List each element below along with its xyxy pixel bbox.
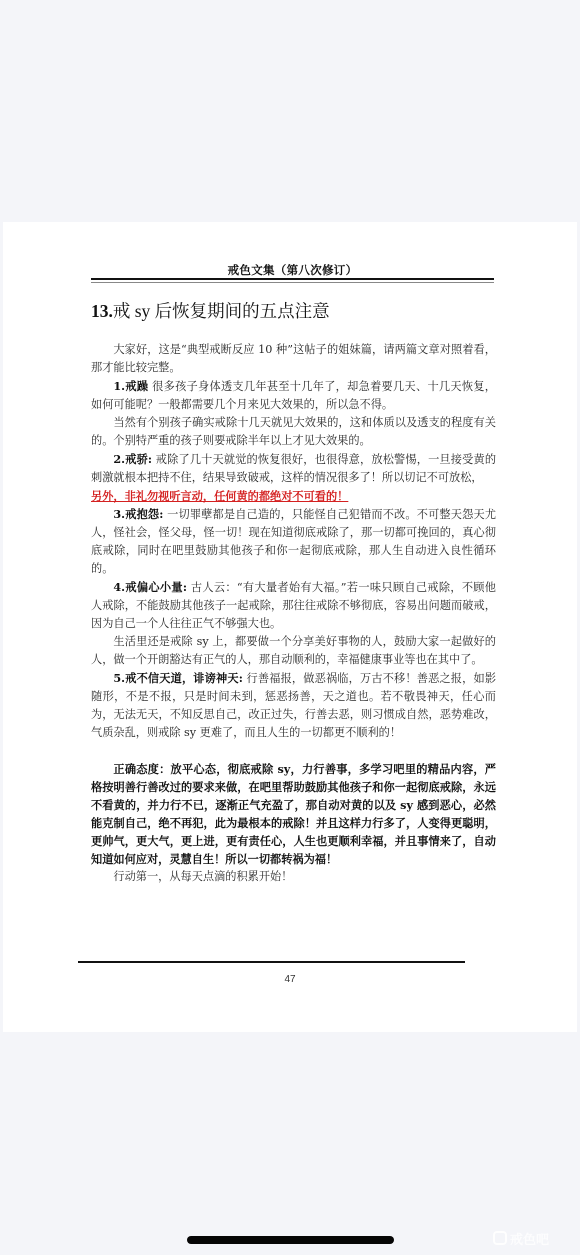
paragraph-point-3: 3.戒抱怨: 一切罪孽都是自己造的，只能怪自己犯错而不改。不可整天怨天尤人，怪社… <box>91 505 496 578</box>
page-number: 47 <box>0 974 580 985</box>
point-heading: 2.戒骄: <box>113 452 152 466</box>
point-heading: 5.戒不信天道，诽谤神天: <box>113 671 242 685</box>
watermark-logo-icon <box>493 1231 507 1245</box>
paragraph-point-4: 4.戒偏心小量: 古人云：“有大量者始有大福。”若一味只顾自己戒除，不顾他人戒除… <box>91 578 496 633</box>
watermark: 戒色吧 <box>493 1228 549 1248</box>
point-heading: 3.戒抱怨: <box>113 507 163 521</box>
paragraph-point-1: 1.戒躁 很多孩子身体透支几年甚至十几年了，却急着要几天、十几天恢复，如何可能呢… <box>91 377 496 414</box>
footer-rule <box>78 961 465 963</box>
paragraph-point-2: 2.戒骄: 戒除了几十天就觉的恢复很好，也很得意，放松警惕，一旦接受黄的刺激就根… <box>91 450 496 487</box>
point-heading: 1.戒躁 <box>113 379 148 393</box>
body-text: 大家好，这是“典型戒断反应 10 种”这帖子的姐妹篇，请两篇文章对照着看，那才能… <box>91 340 496 886</box>
conclusion-bold: 正确态度：放平心态，彻底戒除 sy，力行善事，多学习吧里的精品内容，严格按明善行… <box>91 760 496 868</box>
watermark-text: 戒色吧 <box>510 1229 549 1248</box>
closing-line: 行动第一，从每天点滴的积累开始！ <box>91 868 496 886</box>
point-heading: 4.戒偏心小量: <box>113 580 187 594</box>
paragraph-point-4-note: 生活里还是戒除 sy 上，都要做一个分享美好事物的人，鼓励大家一起做好的人，做一… <box>91 633 496 669</box>
chapter-title: 13.戒 sy 后恢复期间的五点注意 <box>91 298 330 323</box>
red-warning-note: 另外，非礼勿视听言动，任何黄的都绝对不可看的！ <box>91 487 496 505</box>
chapter-title-text: 戒 sy 后恢复期间的五点注意 <box>113 301 330 321</box>
running-head: 戒色文集（第八次修订） <box>91 262 494 278</box>
header-rule-thin <box>91 282 494 283</box>
paragraph-intro: 大家好，这是“典型戒断反应 10 种”这帖子的姐妹篇，请两篇文章对照着看，那才能… <box>91 340 496 377</box>
document-page: 戒色文集（第八次修订） 13.戒 sy 后恢复期间的五点注意 大家好，这是“典型… <box>3 222 577 1032</box>
header-rule-thick <box>91 278 494 280</box>
home-indicator[interactable] <box>187 1236 394 1244</box>
paragraph-point-1-note: 当然有个别孩子确实戒除十几天就见大效果的，这和体质以及透支的程度有关的。个别特严… <box>91 414 496 450</box>
chapter-number: 13. <box>91 301 113 321</box>
paragraph-point-5: 5.戒不信天道，诽谤神天: 行善福报，做恶祸临，万古不移！善恶之报，如影随形，不… <box>91 669 496 742</box>
